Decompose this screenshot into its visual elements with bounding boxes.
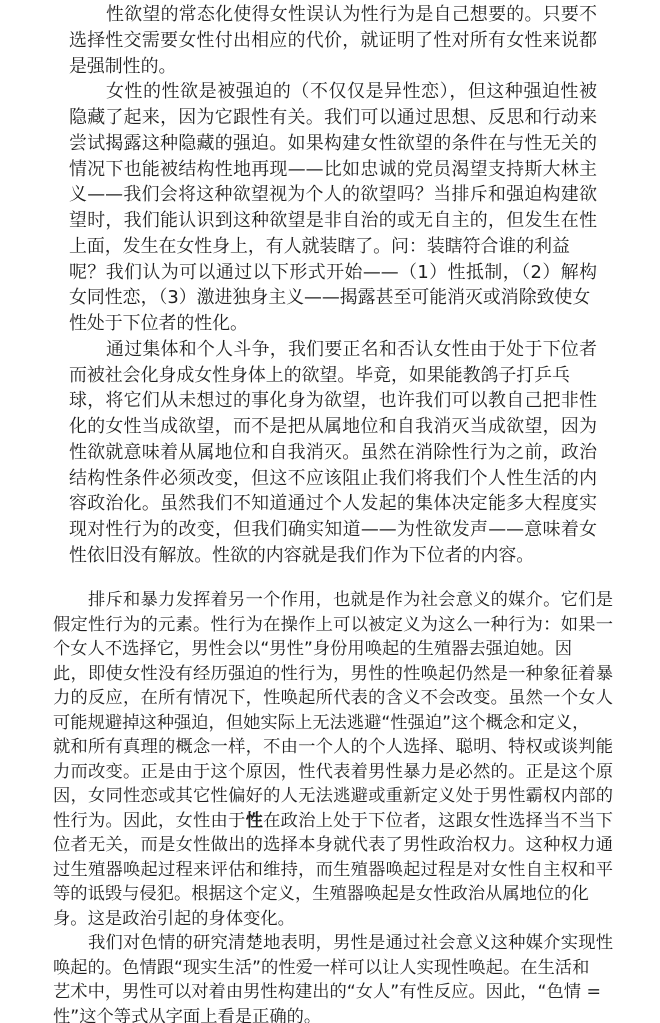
paragraph: 性欲望的常态化使得女性误认为性行为是自己想要的。只要不 选择性交需要女性付出相应… bbox=[69, 2, 597, 79]
text-line: 力的反应，在所有情况下，性唤起所代表的含义不会改变。虽然一个女人 bbox=[53, 686, 613, 711]
text-segment: 性行为。因此，女性由于 bbox=[53, 811, 246, 831]
text-line: 选择性交需要女性付出相应的代价，就证明了性对所有女性来说都 bbox=[69, 28, 597, 54]
paragraph: 通过集体和个人斗争，我们要正名和否认女性由于处于下位者 而被社会化身成女性身体上… bbox=[69, 337, 597, 569]
text-line: 假定性行为的元素。性行为在操作上可以被定义为这么一种行为：如果一 bbox=[53, 613, 613, 638]
text-line: 可能规避掉这种强迫，但她实际上无法逃避“性强迫”这个概念和定义， bbox=[53, 711, 613, 736]
text-line: 望时，我们能认识到这种欲望是非自治的或无自主的，但发生在性 bbox=[69, 208, 597, 234]
text-line: 而被社会化身成女性身体上的欲望。毕竟，如果能教鸽子打乒乓 bbox=[69, 363, 597, 389]
text-line: 通过集体和个人斗争，我们要正名和否认女性由于处于下位者 bbox=[69, 337, 597, 363]
text-line: 性处于下位者的性化。 bbox=[69, 311, 597, 337]
text-segment: 在政治上处于下位者，这跟女性选择当不当下 bbox=[263, 811, 613, 831]
text-line: 呢？我们认为可以通过以下形式开始——（1）性抵制，（2）解构 bbox=[69, 260, 597, 286]
text-section: 排斥和暴力发挥着另一个作用，也就是作为社会意义的媒介。它们是 假定性行为的元素。… bbox=[53, 588, 613, 1023]
text-line: 是强制性的。 bbox=[69, 54, 597, 80]
text-line: 情况下也能被结构性地再现——比如忠诚的党员渴望支持斯大林主 bbox=[69, 157, 597, 183]
text-section: 性欲望的常态化使得女性误认为性行为是自己想要的。只要不 选择性交需要女性付出相应… bbox=[69, 2, 597, 569]
text-line: 化的女性当成欲望，而不是把从属地位和自我消灭当成欲望，因为 bbox=[69, 414, 597, 440]
text-line: 性”这个等式从字面上看是正确的。 bbox=[53, 1005, 613, 1023]
text-line: 尝试揭露这种隐藏的强迫。如果构建女性欲望的条件在与性无关的 bbox=[69, 131, 597, 157]
text-line: 我们对色情的研究清楚地表明，男性是通过社会意义这种媒介实现性 bbox=[53, 931, 613, 956]
text-line: 隐藏了起来，因为它跟性有关。我们可以通过思想、反思和行动来 bbox=[69, 105, 597, 131]
text-line: 性欲就意味着从属地位和自我消灭。虽然在消除性行为之前，政治 bbox=[69, 440, 597, 466]
text-line: 结构性条件必须改变，但这不应该阻止我们将我们个人性生活的内 bbox=[69, 466, 597, 492]
text-line: 女同性恋，（3）激进独身主义——揭露甚至可能消灭或消除致使女 bbox=[69, 285, 597, 311]
paragraph: 女性的性欲是被强迫的（不仅仅是异性恋），但这种强迫性被 隐藏了起来，因为它跟性有… bbox=[69, 79, 597, 337]
emphasized-text: 性 bbox=[246, 811, 264, 831]
paragraph: 排斥和暴力发挥着另一个作用，也就是作为社会意义的媒介。它们是 假定性行为的元素。… bbox=[53, 588, 613, 931]
text-line: 过生殖器唤起过程来评估和维持，而生殖器唤起过程是对女性自主权和平 bbox=[53, 858, 613, 883]
text-line: 唤起的。色情跟“现实生活”的性爱一样可以让人实现性唤起。在生活和 bbox=[53, 956, 613, 981]
paragraph: 我们对色情的研究清楚地表明，男性是通过社会意义这种媒介实现性 唤起的。色情跟“现… bbox=[53, 931, 613, 1023]
text-line: 女性的性欲是被强迫的（不仅仅是异性恋），但这种强迫性被 bbox=[69, 79, 597, 105]
text-line: 性欲望的常态化使得女性误认为性行为是自己想要的。只要不 bbox=[69, 2, 597, 28]
text-line: 排斥和暴力发挥着另一个作用，也就是作为社会意义的媒介。它们是 bbox=[53, 588, 613, 613]
text-line: 力而改变。正是由于这个原因，性代表着男性暴力是必然的。正是这个原 bbox=[53, 760, 613, 785]
text-line: 就和所有真理的概念一样，不由一个人的个人选择、聪明、特权或谈判能 bbox=[53, 735, 613, 760]
text-line: 等的诋毁与侵犯。根据这个定义，生殖器唤起是女性政治从属地位的化 bbox=[53, 882, 613, 907]
text-line: 艺术中，男性可以对着由男性构建出的“女人”有性反应。因此，“色情 = bbox=[53, 980, 613, 1005]
document-page: 性欲望的常态化使得女性误认为性行为是自己想要的。只要不 选择性交需要女性付出相应… bbox=[0, 0, 660, 1023]
text-line: 此，即使女性没有经历强迫的性行为，男性的性唤起仍然是一种象征着暴 bbox=[53, 662, 613, 687]
text-line: 位者无关，而是女性做出的选择本身就代表了男性政治权力。这种权力通 bbox=[53, 833, 613, 858]
text-line: 个女人不选择它，男性会以“男性”身份用唤起的生殖器去强迫她。因 bbox=[53, 637, 613, 662]
text-line: 性依旧没有解放。性欲的内容就是我们作为下位者的内容。 bbox=[69, 543, 597, 569]
text-line: 容政治化。虽然我们不知道通过个人发起的集体决定能多大程度实 bbox=[69, 491, 597, 517]
text-line: 球，将它们从未想过的事化身为欲望，也许我们可以教自己把非性 bbox=[69, 388, 597, 414]
text-line: 现对性行为的改变，但我们确实知道——为性欲发声——意味着女 bbox=[69, 517, 597, 543]
text-line: 义——我们会将这种欲望视为个人的欲望吗？当排斥和强迫构建欲 bbox=[69, 182, 597, 208]
text-line: 性行为。因此，女性由于性在政治上处于下位者，这跟女性选择当不当下 bbox=[53, 809, 613, 834]
text-line: 上面，发生在女性身上，有人就装瞎了。问：装瞎符合谁的利益 bbox=[69, 234, 597, 260]
text-line: 身。这是政治引起的身体变化。 bbox=[53, 907, 613, 932]
text-line: 因，女同性恋或其它性偏好的人无法逃避或重新定义处于男性霸权内部的 bbox=[53, 784, 613, 809]
